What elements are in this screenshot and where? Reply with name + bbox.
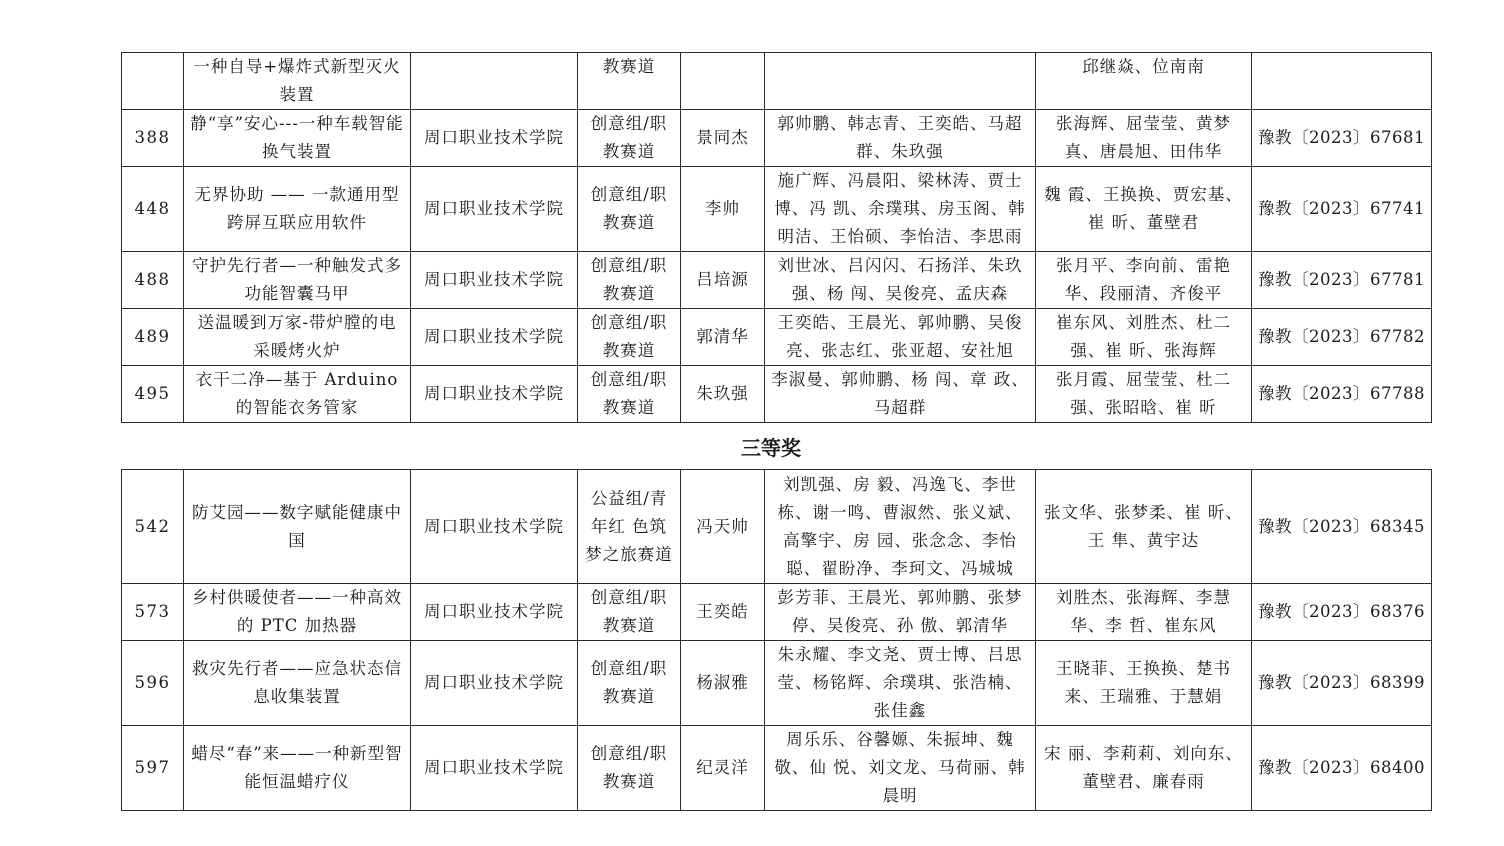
row-number: 388 (122, 110, 184, 167)
project-name: 救灾先行者——应急状态信息收集装置 (184, 641, 411, 726)
leader: 朱玖强 (681, 366, 765, 423)
row-number: 573 (122, 584, 184, 641)
project-name: 静“享”安心---一种车载智能换气装置 (184, 110, 411, 167)
school-name (411, 53, 578, 110)
row-number: 488 (122, 252, 184, 309)
members: 郭帅鹏、韩志青、王奕皓、马超群、朱玖强 (765, 110, 1036, 167)
leader: 冯天帅 (681, 470, 765, 584)
project-name: 蜡尽“春”来——一种新型智能恒温蜡疗仪 (184, 726, 411, 811)
row-number (122, 53, 184, 110)
project-name: 一种自导+爆炸式新型灭火装置 (184, 53, 411, 110)
members: 周乐乐、谷馨嫄、朱振坤、魏 敬、仙 悦、刘文龙、马荷丽、韩晨明 (765, 726, 1036, 811)
school-name: 周口职业技术学院 (411, 167, 578, 252)
track: 创意组/职教赛道 (578, 167, 681, 252)
project-name: 乡村供暖使者——一种高效的 PTC 加热器 (184, 584, 411, 641)
leader: 李帅 (681, 167, 765, 252)
school-name: 周口职业技术学院 (411, 110, 578, 167)
school-name: 周口职业技术学院 (411, 252, 578, 309)
document-number: 豫教〔2023〕67681 (1252, 110, 1432, 167)
document-number: 豫教〔2023〕68400 (1252, 726, 1432, 811)
project-name: 衣干二净—基于 Arduino 的智能衣务管家 (184, 366, 411, 423)
track: 创意组/职教赛道 (578, 309, 681, 366)
leader: 郭清华 (681, 309, 765, 366)
leader: 纪灵洋 (681, 726, 765, 811)
row-number: 597 (122, 726, 184, 811)
document-number: 豫教〔2023〕67782 (1252, 309, 1432, 366)
project-name: 防艾园——数字赋能健康中国 (184, 470, 411, 584)
track: 教赛道 (578, 53, 681, 110)
leader: 王奕皓 (681, 584, 765, 641)
school-name: 周口职业技术学院 (411, 366, 578, 423)
members: 刘凯强、房 毅、冯逸飞、李世栋、谢一鸣、曹淑然、张义斌、高擎宇、房 园、张念念、… (765, 470, 1036, 584)
row-number: 489 (122, 309, 184, 366)
row-number: 448 (122, 167, 184, 252)
award-table-continued: 一种自导+爆炸式新型灭火装置 教赛道 邱继焱、位南南 388 静“享”安心---… (121, 52, 1432, 423)
members: 刘世冰、吕闪闪、石扬洋、朱玖强、杨 闯、吴俊亮、孟庆森 (765, 252, 1036, 309)
section-title-third-prize: 三等奖 (0, 432, 1504, 461)
row-number: 542 (122, 470, 184, 584)
track: 创意组/职教赛道 (578, 726, 681, 811)
school-name: 周口职业技术学院 (411, 470, 578, 584)
members (765, 53, 1036, 110)
advisors: 魏 霞、王换换、贾宏基、崔 昕、董壁君 (1036, 167, 1252, 252)
table-row: 596 救灾先行者——应急状态信息收集装置 周口职业技术学院 创意组/职教赛道 … (122, 641, 1432, 726)
track: 创意组/职教赛道 (578, 584, 681, 641)
school-name: 周口职业技术学院 (411, 309, 578, 366)
document-number: 豫教〔2023〕67788 (1252, 366, 1432, 423)
advisors: 张月霞、屈莹莹、杜二强、张昭晗、崔 昕 (1036, 366, 1252, 423)
advisors: 刘胜杰、张海辉、李慧华、李 哲、崔东风 (1036, 584, 1252, 641)
track: 公益组/青年红 色筑梦之旅赛道 (578, 470, 681, 584)
members: 朱永耀、李文尧、贾士博、吕思莹、杨铭辉、余璞琪、张浩楠、 张佳鑫 (765, 641, 1036, 726)
table-row: 388 静“享”安心---一种车载智能换气装置 周口职业技术学院 创意组/职教赛… (122, 110, 1432, 167)
leader: 吕培源 (681, 252, 765, 309)
leader (681, 53, 765, 110)
document-number: 豫教〔2023〕68345 (1252, 470, 1432, 584)
table-row: 一种自导+爆炸式新型灭火装置 教赛道 邱继焱、位南南 (122, 53, 1432, 110)
project-name: 守护先行者—一种触发式多功能智囊马甲 (184, 252, 411, 309)
table-row: 488 守护先行者—一种触发式多功能智囊马甲 周口职业技术学院 创意组/职教赛道… (122, 252, 1432, 309)
advisors: 宋 丽、李莉莉、刘向东、董壁君、廉春雨 (1036, 726, 1252, 811)
table-row: 597 蜡尽“春”来——一种新型智能恒温蜡疗仪 周口职业技术学院 创意组/职教赛… (122, 726, 1432, 811)
leader: 景同杰 (681, 110, 765, 167)
leader: 杨淑雅 (681, 641, 765, 726)
row-number: 596 (122, 641, 184, 726)
advisors: 崔东风、刘胜杰、杜二强、崔 昕、张海辉 (1036, 309, 1252, 366)
school-name: 周口职业技术学院 (411, 726, 578, 811)
members: 李淑曼、郭帅鹏、杨 闯、章 政、马超群 (765, 366, 1036, 423)
table-row: 495 衣干二净—基于 Arduino 的智能衣务管家 周口职业技术学院 创意组… (122, 366, 1432, 423)
school-name: 周口职业技术学院 (411, 641, 578, 726)
advisors: 邱继焱、位南南 (1036, 53, 1252, 110)
school-name: 周口职业技术学院 (411, 584, 578, 641)
document-number: 豫教〔2023〕67741 (1252, 167, 1432, 252)
track: 创意组/职教赛道 (578, 641, 681, 726)
table-row: 448 无界协助 —— 一款通用型跨屏互联应用软件 周口职业技术学院 创意组/职… (122, 167, 1432, 252)
members: 彭芳菲、王晨光、郭帅鹏、张梦停、吴俊亮、孙 傲、郭清华 (765, 584, 1036, 641)
award-table-third-prize: 542 防艾园——数字赋能健康中国 周口职业技术学院 公益组/青年红 色筑梦之旅… (121, 469, 1432, 811)
track: 创意组/职教赛道 (578, 252, 681, 309)
row-number: 495 (122, 366, 184, 423)
document-number: 豫教〔2023〕68376 (1252, 584, 1432, 641)
document-number: 豫教〔2023〕67781 (1252, 252, 1432, 309)
table-row: 489 送温暖到万家-带炉膛的电采暖烤火炉 周口职业技术学院 创意组/职教赛道 … (122, 309, 1432, 366)
project-name: 无界协助 —— 一款通用型跨屏互联应用软件 (184, 167, 411, 252)
advisors: 张文华、张梦柔、崔 昕、王 隼、黄宇达 (1036, 470, 1252, 584)
advisors: 张海辉、屈莹莹、黄梦真、唐晨旭、田伟华 (1036, 110, 1252, 167)
advisors: 王晓菲、王换换、楚书来、王瑞雅、于慧娟 (1036, 641, 1252, 726)
table-row: 573 乡村供暖使者——一种高效的 PTC 加热器 周口职业技术学院 创意组/职… (122, 584, 1432, 641)
members: 施广辉、冯晨阳、梁林涛、贾士博、冯 凯、余璞琪、房玉阁、韩明洁、王怡硕、李怡洁、… (765, 167, 1036, 252)
track: 创意组/职教赛道 (578, 366, 681, 423)
advisors: 张月平、李向前、雷艳华、段丽清、齐俊平 (1036, 252, 1252, 309)
document-number: 豫教〔2023〕68399 (1252, 641, 1432, 726)
track: 创意组/职教赛道 (578, 110, 681, 167)
members: 王奕皓、王晨光、郭帅鹏、吴俊亮、张志红、张亚超、安社旭 (765, 309, 1036, 366)
table-row: 542 防艾园——数字赋能健康中国 周口职业技术学院 公益组/青年红 色筑梦之旅… (122, 470, 1432, 584)
project-name: 送温暖到万家-带炉膛的电采暖烤火炉 (184, 309, 411, 366)
document-number (1252, 53, 1432, 110)
